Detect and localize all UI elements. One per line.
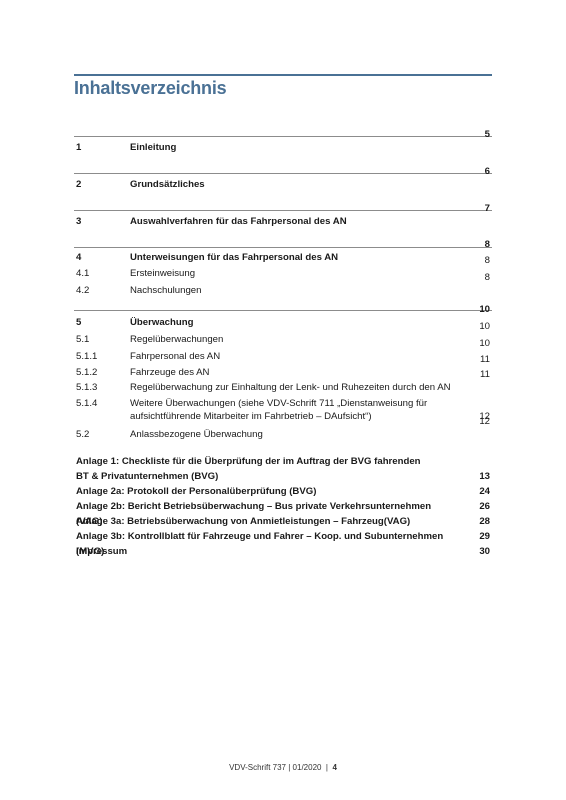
toc-label: Ersteinweisung	[130, 267, 460, 280]
toc-number: 5	[76, 316, 81, 329]
footer-doc: VDV-Schrift 737	[229, 763, 286, 772]
section-divider	[74, 136, 492, 137]
toc-annex-2b[interactable]: Anlage 2b: Bericht Betriebsüberwachung –…	[74, 499, 492, 514]
annex-label: Anlage 3a: Betriebsüberwachung von Anmie…	[76, 514, 456, 529]
footer-date: 01/2020	[293, 763, 322, 772]
annex-label: Impressum	[76, 544, 456, 559]
toc-number: 5.1	[76, 333, 89, 346]
toc-number: 3	[76, 215, 81, 228]
page-title: Inhaltsverzeichnis	[74, 78, 226, 99]
toc-page: 8	[485, 238, 490, 251]
toc-page: 12	[479, 415, 490, 428]
toc-annex-2a[interactable]: Anlage 2a: Protokoll der Personalüberprü…	[74, 484, 492, 499]
toc-label: Weitere Überwachungen (siehe VDV-Schrift…	[130, 397, 440, 423]
toc-number: 5.1.1	[76, 350, 97, 363]
toc-annex-3b[interactable]: Anlage 3b: Kontrollblatt für Fahrzeuge u…	[74, 529, 492, 544]
toc-label: Nachschulungen	[130, 284, 460, 297]
section-divider	[74, 310, 492, 311]
toc-page: 6	[485, 165, 490, 178]
section-divider	[74, 247, 492, 248]
toc-label: Einleitung	[130, 141, 460, 154]
annex-label: Anlage 1: Checkliste für die Überprüfung…	[76, 454, 426, 484]
toc-number: 4.1	[76, 267, 89, 280]
toc-number: 2	[76, 178, 81, 191]
toc-number: 5.2	[76, 428, 89, 441]
toc-entry-5-1-4[interactable]: 5.1.4 Weitere Überwachungen (siehe VDV-S…	[74, 397, 492, 423]
annex-label: Anlage 2a: Protokoll der Personalüberprü…	[76, 484, 456, 499]
toc-page: 8	[485, 254, 490, 267]
annex-page: 26	[479, 499, 490, 514]
toc-page: 11	[480, 368, 490, 381]
section-divider	[74, 173, 492, 174]
toc-label: Überwachung	[130, 316, 460, 329]
toc-number: 5.1.2	[76, 366, 97, 379]
toc-page: 11	[480, 353, 490, 366]
annex-page: 28	[479, 514, 490, 529]
toc-label: Regelüberwachung zur Einhaltung der Lenk…	[130, 381, 490, 394]
toc-annex-3a[interactable]: Anlage 3a: Betriebsüberwachung von Anmie…	[74, 514, 492, 529]
toc-page: 8	[485, 271, 490, 284]
page-footer: VDV-Schrift 737 | 01/2020 | 4	[0, 763, 566, 772]
toc-number: 4	[76, 251, 81, 264]
toc-label: Anlassbezogene Überwachung	[130, 428, 460, 441]
toc-label: Auswahlverfahren für das Fahrpersonal de…	[130, 215, 460, 228]
toc-page: 10	[479, 320, 490, 333]
footer-page-number: 4	[332, 763, 336, 772]
toc-number: 4.2	[76, 284, 89, 297]
toc-page: 10	[479, 337, 490, 350]
toc-label: Regelüberwachungen	[130, 333, 460, 346]
toc-annex-1[interactable]: Anlage 1: Checkliste für die Überprüfung…	[74, 454, 492, 484]
toc-number: 5.1.4	[76, 397, 97, 410]
toc-label: Fahrpersonal des AN	[130, 350, 460, 363]
section-divider	[74, 210, 492, 211]
toc-page: 7	[485, 202, 490, 215]
annex-page: 24	[479, 484, 490, 499]
toc-annex-impressum[interactable]: Impressum 30	[74, 544, 492, 559]
annex-page: 29	[479, 529, 490, 544]
toc-page: 10	[479, 303, 490, 316]
title-rule	[74, 74, 492, 76]
toc-page: 5	[485, 128, 490, 141]
annex-page: 13	[479, 469, 490, 484]
annex-page: 30	[479, 544, 490, 559]
toc-label: Fahrzeuge des AN	[130, 366, 460, 379]
toc-number: 5.1.3	[76, 381, 97, 394]
toc-label: Unterweisungen für das Fahrpersonal des …	[130, 251, 460, 264]
toc-number: 1	[76, 141, 81, 154]
toc-label: Grundsätzliches	[130, 178, 460, 191]
